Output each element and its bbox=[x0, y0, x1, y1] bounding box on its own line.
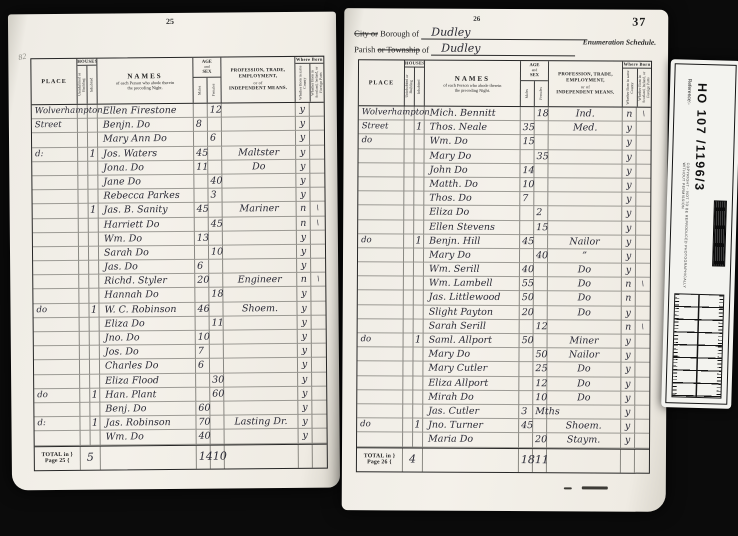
born-elsewhere-cell bbox=[637, 150, 651, 164]
col-born-other-label: Whether Born in Scotland, Ireland, or Fo… bbox=[638, 70, 651, 106]
name-cell: Jona. Do bbox=[98, 161, 194, 176]
place-cell bbox=[32, 133, 78, 148]
archive-reference-card: Reference:- HO 107 /1196/3 COPYRIGHT - N… bbox=[661, 59, 738, 409]
age-male-cell bbox=[195, 217, 209, 231]
age-female-cell bbox=[208, 160, 222, 174]
age-male-cell: 20 bbox=[195, 274, 209, 288]
col-where-born: Where Born Whether Born in same County W… bbox=[623, 62, 651, 107]
place-cell bbox=[33, 289, 79, 304]
name-cell: Richd. Styler bbox=[99, 274, 195, 289]
born-elsewhere-cell bbox=[310, 103, 324, 117]
age-male-cell: 6 bbox=[196, 359, 210, 373]
inhabited-cell bbox=[90, 374, 100, 388]
table-header: PLACE HOUSES Uninhabited or Building Inh… bbox=[31, 57, 323, 106]
age-male-cell bbox=[519, 362, 533, 376]
inhabited-cell bbox=[413, 348, 423, 362]
place-cell: do bbox=[358, 234, 404, 248]
uninhabited-cell bbox=[405, 106, 415, 120]
born-elsewhere-cell: \ bbox=[636, 278, 650, 292]
profession-cell bbox=[548, 178, 622, 193]
col-uninhabited: Uninhabited or Building bbox=[405, 67, 415, 105]
age-female-cell: 18 bbox=[209, 288, 223, 302]
age-male-cell: 14 bbox=[520, 164, 534, 178]
uninhabited-cell bbox=[80, 346, 90, 360]
born-elsewhere-cell bbox=[311, 301, 325, 315]
inhabited-cell bbox=[414, 163, 424, 177]
age-male-cell bbox=[194, 132, 208, 146]
table-row: John Do14y bbox=[358, 163, 650, 179]
profession-cell bbox=[548, 207, 622, 222]
col-males-label: Males bbox=[525, 89, 529, 98]
profession-cell: Miner bbox=[548, 334, 622, 349]
place-cell bbox=[357, 362, 403, 376]
total-males: 14 bbox=[197, 445, 211, 468]
uninhabited-cell bbox=[404, 291, 414, 305]
inhabited-cell bbox=[414, 220, 424, 234]
place-cell bbox=[34, 318, 80, 333]
total-houses: 5 bbox=[81, 446, 101, 469]
name-cell: Benjn. Hill bbox=[424, 234, 520, 249]
profession-cell bbox=[222, 103, 296, 118]
born-county-cell: y bbox=[623, 122, 637, 136]
born-elsewhere-cell bbox=[312, 415, 326, 429]
uninhabited-cell bbox=[79, 247, 89, 261]
col-names-sub2: the preceding Night. bbox=[455, 87, 490, 92]
name-cell: Wm. Do bbox=[101, 430, 197, 445]
born-elsewhere-cell bbox=[636, 306, 650, 320]
uninhabited-cell bbox=[79, 261, 89, 275]
age-male-cell: 45 bbox=[520, 235, 534, 249]
age-female-cell bbox=[210, 331, 224, 345]
born-county-cell: y bbox=[622, 221, 636, 235]
col-inhabited-label: Inhabited bbox=[417, 79, 421, 93]
age-female-cell: 2 bbox=[534, 206, 548, 220]
age-male-cell: 6 bbox=[195, 260, 209, 274]
age-male-cell: 15 bbox=[521, 135, 535, 149]
col-houses: HOUSES Uninhabited or Building Inhabited bbox=[77, 59, 97, 104]
total-label-line2: Page 26 { bbox=[367, 459, 392, 466]
table-row: Eliza Do2y bbox=[358, 206, 650, 222]
name-cell: Eliza Do bbox=[100, 317, 196, 332]
age-male-cell bbox=[196, 373, 210, 387]
total-label: TOTAL in } Page 26 { bbox=[357, 448, 403, 471]
born-elsewhere-cell bbox=[310, 159, 324, 173]
profession-cell bbox=[223, 216, 297, 231]
age-male-cell: 40 bbox=[197, 430, 211, 444]
age-male-cell: 10 bbox=[520, 178, 534, 192]
borough-prefix-text: Borough of bbox=[380, 28, 419, 38]
profession-cell bbox=[549, 136, 623, 151]
inhabited-cell: 1 bbox=[414, 334, 424, 348]
col-uninhabited-label: Uninhabited or Building bbox=[78, 67, 87, 103]
profession-cell: Staym. bbox=[547, 434, 621, 449]
age-male-cell: 55 bbox=[520, 277, 534, 291]
total-houses: 4 bbox=[403, 448, 423, 471]
col-place: PLACE bbox=[359, 60, 405, 105]
col-born-county-label: Whether Born in same County bbox=[625, 70, 634, 106]
census-table-left: PLACE HOUSES Uninhabited or Building Inh… bbox=[30, 56, 328, 471]
place-cell bbox=[35, 431, 81, 446]
col-sex-label: SEX bbox=[193, 69, 220, 74]
total-spacer bbox=[225, 444, 299, 468]
age-male-cell bbox=[519, 377, 533, 391]
name-cell: Matth. Do bbox=[424, 178, 520, 193]
inhabited-cell: 1 bbox=[89, 204, 99, 218]
age-female-cell: 60 bbox=[210, 387, 224, 401]
age-female-cell: 11 bbox=[210, 316, 224, 330]
col-prof-line4: INDEPENDENT MEANS. bbox=[556, 90, 614, 96]
born-county-cell: y bbox=[299, 429, 313, 443]
col-age-sex: AGE and SEX Males Females bbox=[193, 58, 221, 103]
parish-value: Dudley bbox=[431, 42, 575, 57]
total-females: 10 bbox=[211, 445, 225, 468]
age-female-cell bbox=[209, 274, 223, 288]
age-female-cell bbox=[210, 345, 224, 359]
born-county-cell: y bbox=[621, 434, 635, 448]
born-county-cell: y bbox=[298, 401, 312, 415]
age-female-cell bbox=[534, 192, 548, 206]
borough-struck-text: City or bbox=[354, 28, 378, 38]
born-elsewhere-cell bbox=[636, 250, 650, 264]
inhabited-cell bbox=[90, 360, 100, 374]
uninhabited-cell bbox=[404, 234, 414, 248]
age-male-cell: 3 bbox=[519, 405, 533, 419]
born-county-cell: y bbox=[622, 193, 636, 207]
born-county-cell: n bbox=[622, 278, 636, 292]
profession-cell: Maltster bbox=[222, 145, 296, 160]
name-cell: Mary Do bbox=[423, 348, 519, 363]
census-table-right: PLACE HOUSES Uninhabited or Building Inh… bbox=[356, 59, 652, 473]
uninhabited-cell bbox=[80, 388, 90, 402]
name-cell: Mirah Do bbox=[423, 390, 519, 405]
uninhabited-cell bbox=[79, 275, 89, 289]
inhabited-cell bbox=[88, 161, 98, 175]
profession-cell: Nailor bbox=[548, 235, 622, 250]
col-inhabited-label: Inhabited bbox=[90, 78, 94, 92]
born-elsewhere-cell bbox=[637, 136, 651, 150]
uninhabited-cell bbox=[78, 119, 88, 133]
born-county-cell: y bbox=[623, 150, 637, 164]
parish-suffix-text: of bbox=[422, 45, 429, 55]
inhabited-cell bbox=[91, 431, 101, 445]
profession-cell: Do bbox=[548, 306, 622, 321]
profession-cell: Do bbox=[222, 160, 296, 175]
ink-smudge bbox=[582, 486, 608, 489]
place-cell bbox=[34, 374, 80, 389]
born-elsewhere-cell bbox=[312, 358, 326, 372]
born-elsewhere-cell bbox=[312, 386, 326, 400]
age-female-cell: 25 bbox=[533, 363, 547, 377]
uninhabited-cell bbox=[79, 232, 89, 246]
profession-cell bbox=[222, 188, 296, 203]
name-cell: John Do bbox=[424, 163, 520, 178]
age-female-cell bbox=[210, 359, 224, 373]
name-cell: Eliza Allport bbox=[423, 376, 519, 391]
age-female-cell bbox=[208, 146, 222, 160]
age-female-cell bbox=[209, 203, 223, 217]
inhabited-cell: 1 bbox=[413, 419, 423, 433]
born-elsewhere-cell: \ bbox=[311, 202, 325, 216]
place-cell: Street bbox=[359, 120, 405, 134]
age-male-cell bbox=[521, 150, 535, 164]
uninhabited-cell bbox=[404, 333, 414, 347]
born-county-cell: y bbox=[621, 420, 635, 434]
inhabited-cell bbox=[415, 107, 425, 121]
table-row: do1Jno. Turner45Shoem.y bbox=[357, 418, 649, 434]
age-male-cell bbox=[195, 288, 209, 302]
born-county-cell: y bbox=[622, 235, 636, 249]
born-county-cell: y bbox=[621, 406, 635, 420]
place-cell: do bbox=[357, 418, 403, 432]
inhabited-cell bbox=[414, 291, 424, 305]
table-body: WolverhamptonEllen Firestone12yStreetBen… bbox=[32, 103, 327, 446]
total-spacer bbox=[299, 444, 313, 467]
born-county-cell: y bbox=[621, 391, 635, 405]
total-males: 18 bbox=[519, 449, 533, 472]
census-page-right: 26 37 City or Borough of Dudley Parish o… bbox=[342, 8, 669, 512]
born-elsewhere-cell bbox=[310, 131, 324, 145]
age-female-cell: 40 bbox=[208, 175, 222, 189]
col-inhabited: Inhabited bbox=[415, 68, 424, 106]
age-female-cell: 12 bbox=[533, 377, 547, 391]
age-male-cell: 13 bbox=[195, 231, 209, 245]
age-female-cell: 15 bbox=[534, 221, 548, 235]
profession-cell bbox=[548, 320, 622, 335]
age-female-cell bbox=[534, 235, 548, 249]
col-names-sub2: the preceding Night. bbox=[127, 85, 162, 90]
col-females-label: Females bbox=[212, 84, 216, 97]
born-elsewhere-cell bbox=[636, 264, 650, 278]
name-cell: Jos. Do bbox=[100, 345, 196, 360]
place-cell bbox=[34, 346, 80, 361]
inhabited-cell bbox=[413, 390, 423, 404]
inhabited-cell bbox=[89, 218, 99, 232]
name-cell: Eliza Do bbox=[424, 206, 520, 221]
age-female-cell: 35 bbox=[535, 150, 549, 164]
born-county-cell: y bbox=[296, 188, 310, 202]
inhabited-cell bbox=[88, 119, 98, 133]
born-county-cell: y bbox=[297, 259, 311, 273]
born-elsewhere-cell bbox=[310, 188, 324, 202]
census-page-left: 82 25 PLACE HOUSES Uninhabited or Buildi… bbox=[8, 12, 340, 491]
age-male-cell bbox=[519, 391, 533, 405]
age-female-cell: 30 bbox=[210, 373, 224, 387]
place-cell bbox=[34, 403, 80, 418]
total-spacer bbox=[635, 449, 649, 472]
table-row: Thos. Do7y bbox=[358, 191, 650, 207]
profession-cell bbox=[222, 117, 296, 132]
age-male-cell bbox=[521, 107, 535, 121]
uninhabited-cell bbox=[403, 362, 413, 376]
profession-cell bbox=[549, 150, 623, 165]
name-cell: Benj. Do bbox=[100, 402, 196, 417]
age-male-cell bbox=[519, 348, 533, 362]
inhabited-cell bbox=[414, 192, 424, 206]
name-cell: Eliza Flood bbox=[100, 373, 196, 388]
age-female-cell: 6 bbox=[208, 132, 222, 146]
place-cell bbox=[358, 305, 404, 319]
table-body: WolverhamptonMich. Bennitt18Ind.n\Street… bbox=[357, 106, 651, 448]
page-number-right: 26 bbox=[473, 15, 480, 23]
inhabited-cell: 1 bbox=[415, 121, 425, 135]
borough-value: Dudley bbox=[421, 26, 587, 41]
born-county-cell: y bbox=[623, 136, 637, 150]
profession-cell bbox=[224, 372, 298, 387]
uninhabited-cell bbox=[404, 319, 414, 333]
inhabited-cell bbox=[90, 332, 100, 346]
table-row: Jas. Littlewood50Don bbox=[358, 291, 650, 307]
age-female-cell bbox=[209, 302, 223, 316]
name-cell: Jas. B. Sanity bbox=[99, 203, 195, 218]
table-row: Wm. Serill40Doy bbox=[358, 262, 650, 278]
profession-cell: Ind. bbox=[549, 107, 623, 122]
profession-cell: Do bbox=[548, 277, 622, 292]
name-cell: Slight Payton bbox=[424, 305, 520, 320]
born-county-cell: y bbox=[298, 330, 312, 344]
age-male-cell: 8 bbox=[194, 118, 208, 132]
born-county-cell: y bbox=[622, 306, 636, 320]
place-cell: do bbox=[33, 303, 79, 318]
born-county-cell: n bbox=[297, 216, 311, 230]
col-uninhabited: Uninhabited or Building bbox=[77, 66, 87, 104]
born-elsewhere-cell bbox=[636, 292, 650, 306]
born-county-cell: y bbox=[622, 264, 636, 278]
name-cell: Wm. Do bbox=[425, 135, 521, 150]
uninhabited-cell bbox=[79, 303, 89, 317]
uninhabited-cell bbox=[405, 121, 415, 135]
inhabited-cell: 1 bbox=[90, 388, 100, 402]
col-born-other: Whether Born in Scotland, Ireland, or Fo… bbox=[637, 69, 651, 107]
age-female-cell: Mths bbox=[533, 405, 547, 419]
born-county-cell: n bbox=[297, 202, 311, 216]
born-county-cell: y bbox=[298, 372, 312, 386]
place-cell bbox=[32, 162, 78, 177]
born-elsewhere-cell bbox=[635, 434, 649, 448]
inhabited-cell bbox=[414, 305, 424, 319]
born-county-cell: y bbox=[296, 131, 310, 145]
profession-cell bbox=[224, 358, 298, 373]
name-cell: Benjn. Do bbox=[98, 118, 194, 133]
born-county-cell: y bbox=[298, 316, 312, 330]
age-male-cell bbox=[520, 320, 534, 334]
col-females: Females bbox=[207, 78, 220, 103]
born-elsewhere-cell bbox=[310, 174, 324, 188]
col-age-sex: AGE and SEX Males Females bbox=[521, 61, 549, 106]
age-male-cell: 7 bbox=[520, 192, 534, 206]
inhabited-cell bbox=[413, 404, 423, 418]
name-cell: Jas. Cutler bbox=[423, 405, 519, 420]
total-label-line2: Page 25 { bbox=[45, 458, 70, 465]
place-cell bbox=[357, 433, 403, 447]
born-county-cell: y bbox=[297, 301, 311, 315]
name-cell: Mich. Bennitt bbox=[425, 107, 521, 122]
profession-cell bbox=[223, 245, 297, 260]
total-spacer bbox=[621, 449, 635, 472]
table-row: do1Benjn. Hill45Nailory bbox=[358, 234, 650, 250]
born-elsewhere-cell bbox=[312, 315, 326, 329]
uninhabited-cell bbox=[404, 248, 414, 262]
uninhabited-cell bbox=[404, 192, 414, 206]
place-cell bbox=[357, 390, 403, 404]
name-cell: Jos. Waters bbox=[98, 146, 194, 161]
born-county-cell: y bbox=[296, 145, 310, 159]
name-cell: Jno. Turner bbox=[423, 419, 519, 434]
born-elsewhere-cell bbox=[311, 287, 325, 301]
col-uninhabited-label: Uninhabited or Building bbox=[405, 68, 414, 104]
born-elsewhere-cell bbox=[636, 235, 650, 249]
profession-cell: Shoem. bbox=[223, 302, 297, 317]
inhabited-cell bbox=[413, 433, 423, 447]
uninhabited-cell bbox=[79, 289, 89, 303]
age-female-cell: 18 bbox=[535, 107, 549, 121]
table-row: Jas. Cutler3Mthsy bbox=[357, 404, 649, 420]
inhabited-cell: 1 bbox=[89, 303, 99, 317]
name-cell: Thos. Do bbox=[424, 192, 520, 207]
table-row: WolverhamptonMich. Bennitt18Ind.n\ bbox=[359, 106, 651, 122]
enumeration-schedule-label: Enumeration Schedule. bbox=[583, 37, 656, 46]
born-elsewhere-cell bbox=[311, 259, 325, 273]
born-county-cell: y bbox=[296, 160, 310, 174]
uninhabited-cell bbox=[404, 220, 414, 234]
table-row: Eliza Allport12Doy bbox=[357, 376, 649, 392]
name-cell: Jas. Robinson bbox=[100, 416, 196, 431]
uninhabited-cell bbox=[78, 161, 88, 175]
uninhabited-cell bbox=[403, 390, 413, 404]
name-cell: Harriett Do bbox=[99, 217, 195, 232]
born-elsewhere-cell bbox=[636, 335, 650, 349]
born-elsewhere-cell bbox=[635, 391, 649, 405]
age-female-cell bbox=[209, 260, 223, 274]
pencil-note: 82 bbox=[17, 52, 27, 63]
profession-cell bbox=[548, 164, 622, 179]
inhabited-cell bbox=[89, 261, 99, 275]
age-female-cell: 12 bbox=[534, 320, 548, 334]
age-male-cell: 35 bbox=[521, 121, 535, 135]
age-female-cell bbox=[533, 419, 547, 433]
born-elsewhere-cell bbox=[312, 330, 326, 344]
age-female-cell: 40 bbox=[534, 249, 548, 263]
inhabited-cell bbox=[414, 319, 424, 333]
profession-cell bbox=[222, 174, 296, 189]
age-male-cell: 45 bbox=[519, 419, 533, 433]
profession-cell bbox=[223, 231, 297, 246]
place-cell bbox=[359, 149, 405, 163]
col-born-county: Whether Born in same County bbox=[623, 69, 638, 107]
col-profession: PROFESSION, TRADE, EMPLOYMENT, or of IND… bbox=[549, 61, 623, 106]
inhabited-cell bbox=[414, 248, 424, 262]
uninhabited-cell bbox=[405, 135, 415, 149]
born-county-cell: y bbox=[297, 230, 311, 244]
uninhabited-cell bbox=[78, 133, 88, 147]
name-cell: Hannah Do bbox=[99, 288, 195, 303]
profession-cell: Do bbox=[547, 363, 621, 378]
borough-line: City or Borough of Dudley bbox=[354, 24, 587, 39]
table-row: Street1Thos. Neale35Med.y bbox=[359, 120, 651, 136]
table-row: Sarah Serill12n\ bbox=[358, 319, 650, 335]
born-elsewhere-cell bbox=[636, 207, 650, 221]
scan-background: 82 25 PLACE HOUSES Uninhabited or Buildi… bbox=[0, 0, 738, 536]
inhabited-cell bbox=[88, 176, 98, 190]
age-male-cell bbox=[196, 387, 210, 401]
name-cell: Wm. Serill bbox=[424, 263, 520, 278]
age-female-cell: 12 bbox=[208, 104, 222, 118]
age-female-cell: 10 bbox=[533, 391, 547, 405]
place-cell bbox=[358, 163, 404, 177]
parish-prefix-text: Parish bbox=[354, 44, 375, 54]
place-cell bbox=[32, 176, 78, 191]
age-female-cell: 45 bbox=[209, 217, 223, 231]
total-spacer bbox=[423, 448, 519, 472]
